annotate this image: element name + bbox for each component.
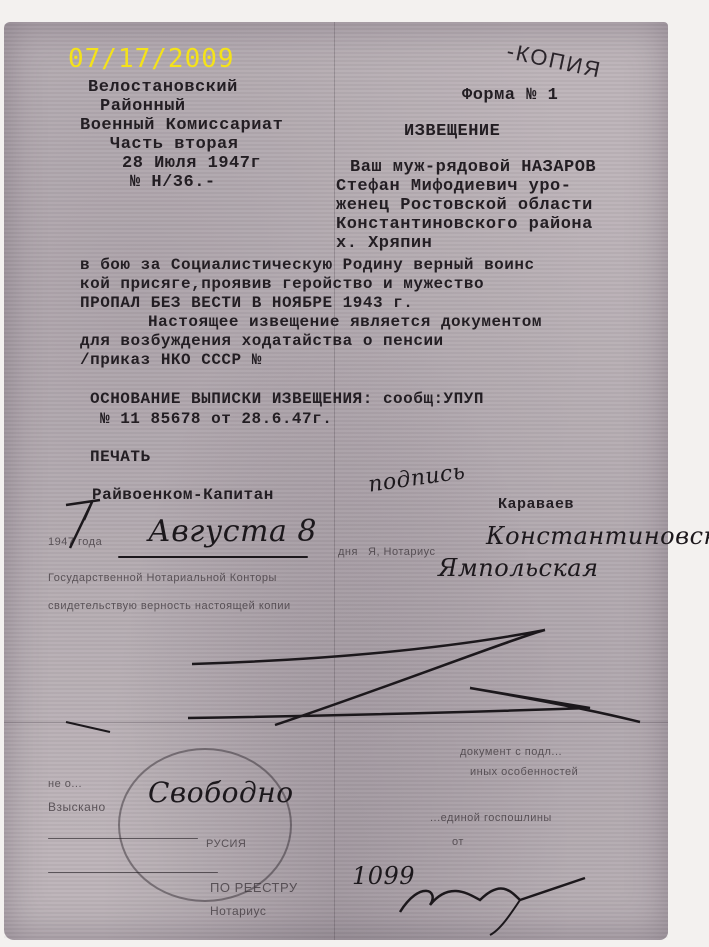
notary-signature — [0, 0, 709, 947]
